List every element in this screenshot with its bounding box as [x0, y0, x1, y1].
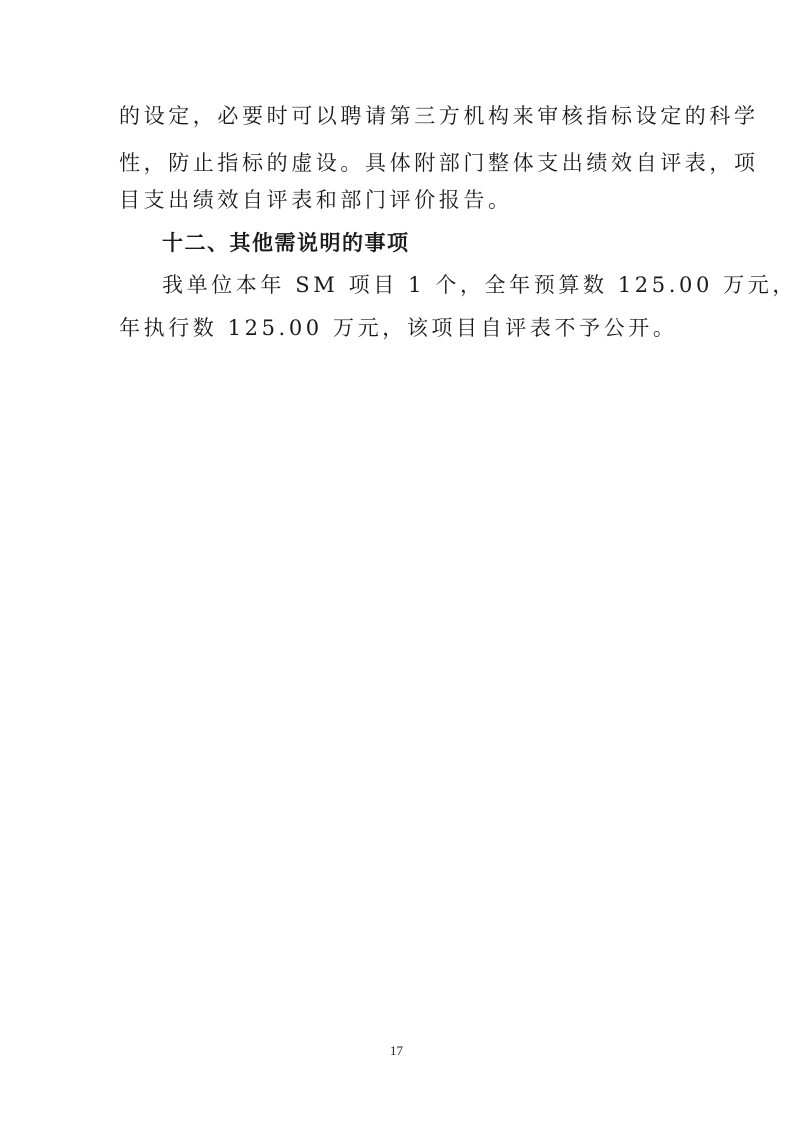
document-page: 的设定，必要时可以聘请第三方机构来审核指标设定的科学 性，防止指标的虚设。具体附… — [0, 0, 793, 1122]
paragraph-line: 我单位本年 SM 项目 1 个，全年预算数 125.00 万元，全 — [162, 275, 793, 296]
paragraph-line: 性，防止指标的虚设。具体附部门整体支出绩效自评表，项 — [119, 153, 759, 174]
paragraph-line: 目支出绩效自评表和部门评价报告。 — [119, 190, 513, 211]
page-number: 17 — [0, 1043, 793, 1059]
section-heading: 十二、其他需说明的事项 — [162, 233, 410, 254]
paragraph-line: 的设定，必要时可以聘请第三方机构来审核指标设定的科学 — [119, 106, 759, 127]
paragraph-line: 年执行数 125.00 万元，该项目自评表不予公开。 — [119, 318, 677, 339]
